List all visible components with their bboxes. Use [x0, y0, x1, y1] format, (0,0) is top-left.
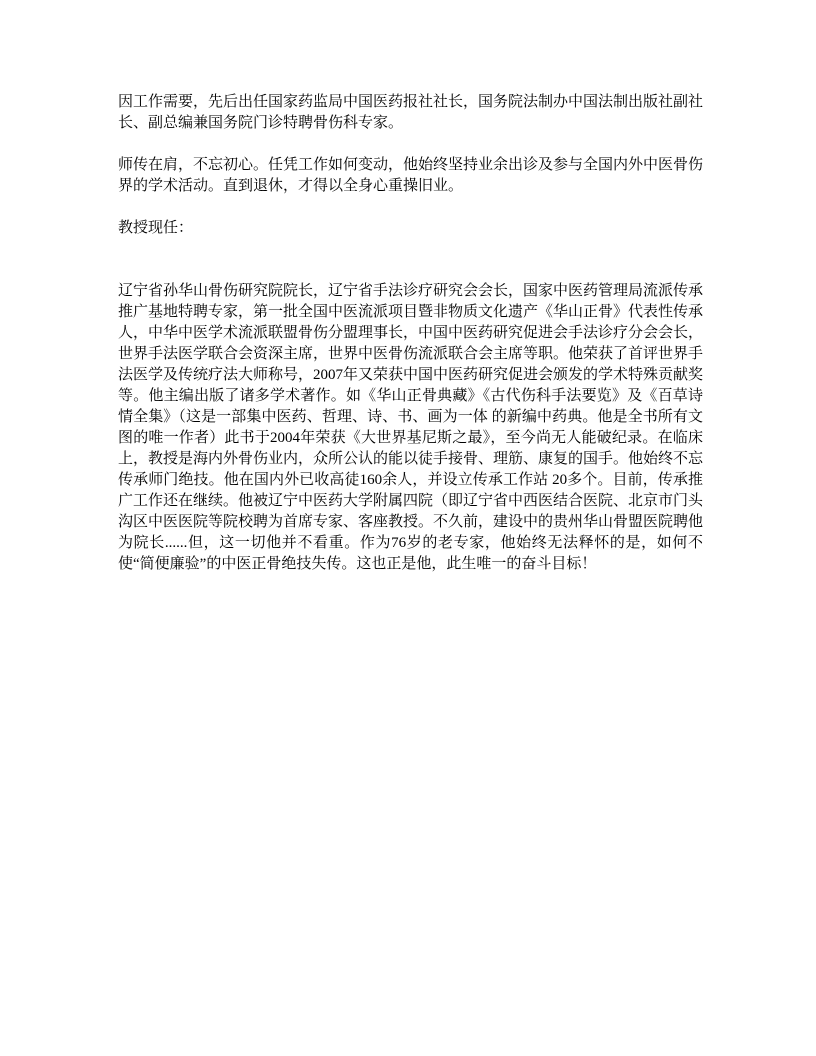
blank-line [118, 134, 703, 155]
paragraph: 因工作需要，先后出任国家药监局中国医药报社社长，国务院法制办中国法制出版社副社长… [118, 92, 703, 134]
paragraph: 教授现任： [118, 218, 703, 239]
paragraph: 辽宁省孙华山骨伤研究院院长，辽宁省手法诊疗研究会会长，国家中医药管理局流派传承推… [118, 281, 703, 575]
blank-line [118, 197, 703, 218]
blank-line [118, 260, 703, 281]
document-page: 因工作需要，先后出任国家药监局中国医药报社社长，国务院法制办中国法制出版社副社长… [0, 0, 816, 1056]
document-body: 因工作需要，先后出任国家药监局中国医药报社社长，国务院法制办中国法制出版社副社长… [118, 92, 703, 575]
blank-line [118, 239, 703, 260]
paragraph: 师传在肩，不忘初心。任凭工作如何变动，他始终坚持业余出诊及参与全国内外中医骨伤界… [118, 155, 703, 197]
